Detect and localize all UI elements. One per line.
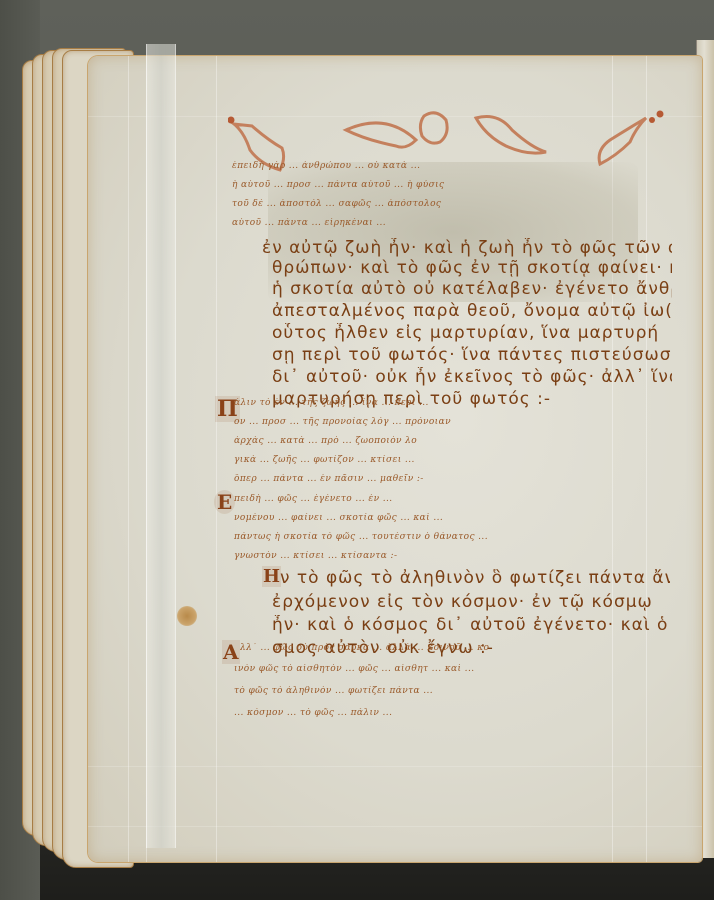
commentary-top-line: ἡ αὐτοῦ ... προσ ... πάντα αὐτοῦ ... ἡ φ… xyxy=(232,180,652,190)
gospel-line: σῃ περὶ τοῦ φωτός· ἵνα πάντες πιστεύσωσι xyxy=(272,345,672,365)
ink-blot xyxy=(177,606,197,626)
commentary-line: νομένου ... φαίνει ... σκοτία φῶς ... κα… xyxy=(234,513,664,523)
commentary-line: γικὰ ... ζωῆς ... φωτίζον ... κτίσει ... xyxy=(234,455,664,465)
commentary-line: τὸ φῶς τὸ ἀληθινὸν ... φωτίζει πάντα ... xyxy=(234,686,664,696)
gospel-line: οὗτος ἦλθεν εἰς μαρτυρίαν, ἵνα μαρτυρή xyxy=(272,323,672,343)
commentary-line: πειδὴ ... φῶς ... ἐγένετο ... ἐν ... xyxy=(234,494,664,504)
conservation-tape-strip xyxy=(146,44,176,848)
gospel-line: ν τὸ φῶς τὸ ἀληθινὸν ὃ φωτίζει πάντα ἄνθ… xyxy=(280,568,670,588)
commentary-line: γνωστὸν ... κτίσει ... κτίσαντα :- xyxy=(234,551,664,561)
commentary-line: ινὸν φῶς τὸ αἰσθητὸν ... φῶς ... αἰσθητ … xyxy=(234,664,664,674)
gospel-line: θρώπων· καὶ τὸ φῶς ἐν τῇ σκοτίᾳ φαίνει· … xyxy=(272,258,672,278)
gospel-line: ἀπεσταλμένος παρὰ θεοῦ, ὄνομα αὐτῷ ἰω(άν… xyxy=(272,301,672,321)
gospel-line: ἦν· καὶ ὁ κόσμος δι᾽ αὐτοῦ ἐγένετο· καὶ … xyxy=(272,615,672,635)
commentary-line: πάντως ἡ σκοτία τὸ φῶς ... τουτέστιν ὁ θ… xyxy=(234,532,664,542)
commentary-line: ον ... προσ ... τῆς προνοίας λόγ ... πρό… xyxy=(234,417,664,427)
commentary-line: ἀρχὰς ... κατὰ ... πρὸ ... ζωοποιὸν λο xyxy=(234,436,664,446)
ruling-line xyxy=(216,56,217,862)
gospel-line: ἐν αὐτῷ ζωὴ ἦν· καὶ ἡ ζωὴ ἦν τὸ φῶς τῶν … xyxy=(262,238,672,258)
commentary-top-line: τοῦ δὲ ... ἀποστόλ ... σαφῶς ... ἀπόστολ… xyxy=(232,199,652,209)
ruling-line xyxy=(88,826,702,827)
gospel-line: ἐρχόμενον εἰς τὸν κόσμον· ἐν τῷ κόσμῳ xyxy=(272,592,672,612)
ruling-line xyxy=(88,766,702,767)
ruling-line xyxy=(128,56,129,862)
initial-letter-alpha: Α xyxy=(222,640,240,664)
commentary-top-line: ἐπειδὴ γὰρ ... ἀνθρώπου ... οὐ κατὰ ... xyxy=(232,161,652,171)
commentary-top-line: αὐτοῦ ... πάντα ... εἰρηκέναι ... xyxy=(232,218,652,228)
commentary-line: ... κόσμον ... τὸ φῶς ... πάλιν ... xyxy=(234,708,664,718)
commentary-line: λλ᾽ ... φῶς οὐ πρὸς σάρκα ... ἀλλὰ ... κ… xyxy=(240,643,660,653)
initial-letter-eta: Η xyxy=(262,566,281,587)
gospel-line: ἡ σκοτία αὐτὸ οὐ κατέλαβεν· ἐγένετο ἄνθρ… xyxy=(272,279,672,299)
gospel-line: δι᾽ αὐτοῦ· οὐκ ἦν ἐκεῖνος τὸ φῶς· ἀλλ᾽ ἵ… xyxy=(272,367,672,387)
commentary-line: ὅπερ ... πάντα ... ἐν πᾶσιν ... μαθεῖν :… xyxy=(234,474,664,484)
commentary-line: άλιν τὸ ἐν ... τῆς ζωῆς ... ἵνα ... περὶ… xyxy=(234,398,664,408)
